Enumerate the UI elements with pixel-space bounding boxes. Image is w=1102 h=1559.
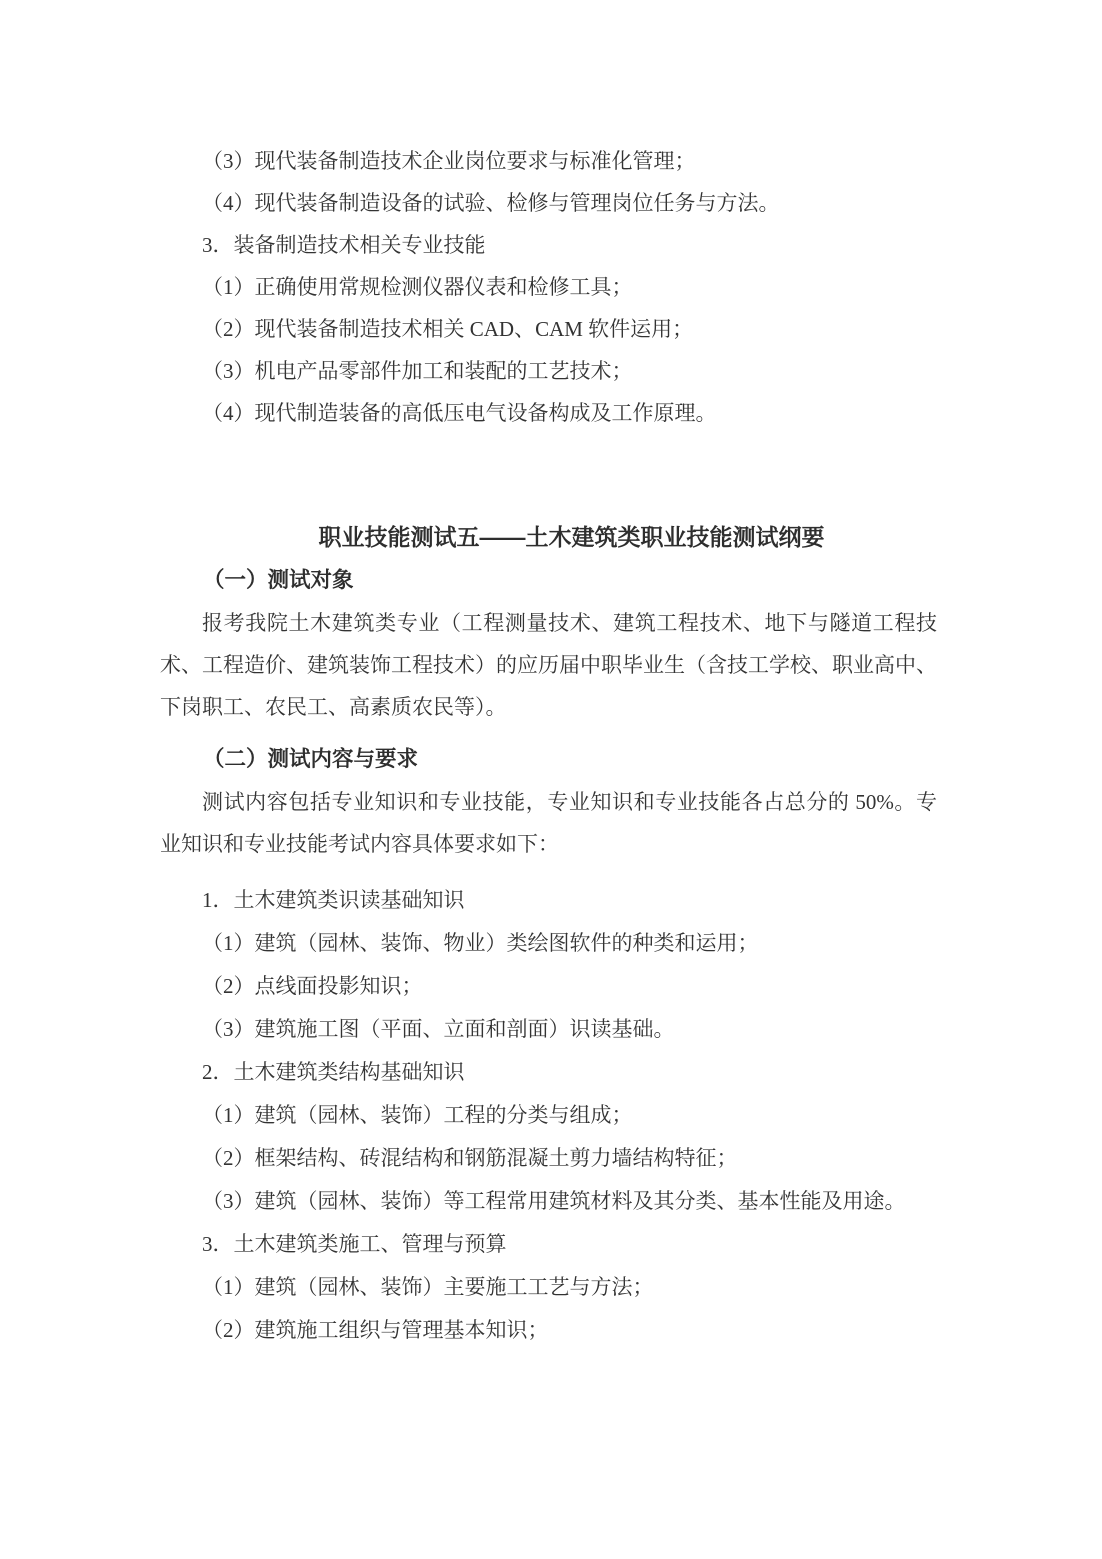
list-item: （2）点线面投影知识；	[160, 965, 937, 1008]
list-item: （3）建筑（园林、装饰）等工程常用建筑材料及其分类、基本性能及用途。	[160, 1180, 937, 1223]
requirements-list: 1．土木建筑类识读基础知识 （1）建筑（园林、装饰、物业）类绘图软件的种类和运用…	[160, 879, 937, 1352]
carryover-equipment-list: （3）现代装备制造技术企业岗位要求与标准化管理； （4）现代装备制造设备的试验、…	[160, 140, 937, 434]
list-item: （3）现代装备制造技术企业岗位要求与标准化管理；	[160, 140, 937, 182]
heading-test-subjects: （一）测试对象	[160, 559, 937, 602]
list-item: （1）建筑（园林、装饰）主要施工工艺与方法；	[160, 1266, 937, 1309]
list-item: （3）建筑施工图（平面、立面和剖面）识读基础。	[160, 1008, 937, 1051]
list-item: 3．装备制造技术相关专业技能	[160, 224, 937, 266]
paragraph-test-subjects: 报考我院土木建筑类专业（工程测量技术、建筑工程技术、地下与隧道工程技术、工程造价…	[160, 602, 937, 728]
list-item: 1．土木建筑类识读基础知识	[160, 879, 937, 922]
section-title: 职业技能测试五——土木建筑类职业技能测试纲要	[160, 516, 937, 559]
document-page: （3）现代装备制造技术企业岗位要求与标准化管理； （4）现代装备制造设备的试验、…	[0, 0, 1102, 1559]
list-item: （1）建筑（园林、装饰）工程的分类与组成；	[160, 1094, 937, 1137]
list-item: （2）建筑施工组织与管理基本知识；	[160, 1309, 937, 1352]
list-item: （1）建筑（园林、装饰、物业）类绘图软件的种类和运用；	[160, 922, 937, 965]
list-item: （2）框架结构、砖混结构和钢筋混凝土剪力墙结构特征；	[160, 1137, 937, 1180]
list-item: 2．土木建筑类结构基础知识	[160, 1051, 937, 1094]
list-item: 3．土木建筑类施工、管理与预算	[160, 1223, 937, 1266]
list-item: （3）机电产品零部件加工和装配的工艺技术；	[160, 350, 937, 392]
list-item: （1）正确使用常规检测仪器仪表和检修工具；	[160, 266, 937, 308]
list-item: （4）现代制造装备的高低压电气设备构成及工作原理。	[160, 392, 937, 434]
list-item: （2）现代装备制造技术相关 CAD、CAM 软件运用；	[160, 308, 937, 350]
list-item: （4）现代装备制造设备的试验、检修与管理岗位任务与方法。	[160, 182, 937, 224]
heading-test-content: （二）测试内容与要求	[160, 738, 937, 781]
paragraph-test-content: 测试内容包括专业知识和专业技能，专业知识和专业技能各占总分的 50%。专业知识和…	[160, 781, 937, 865]
